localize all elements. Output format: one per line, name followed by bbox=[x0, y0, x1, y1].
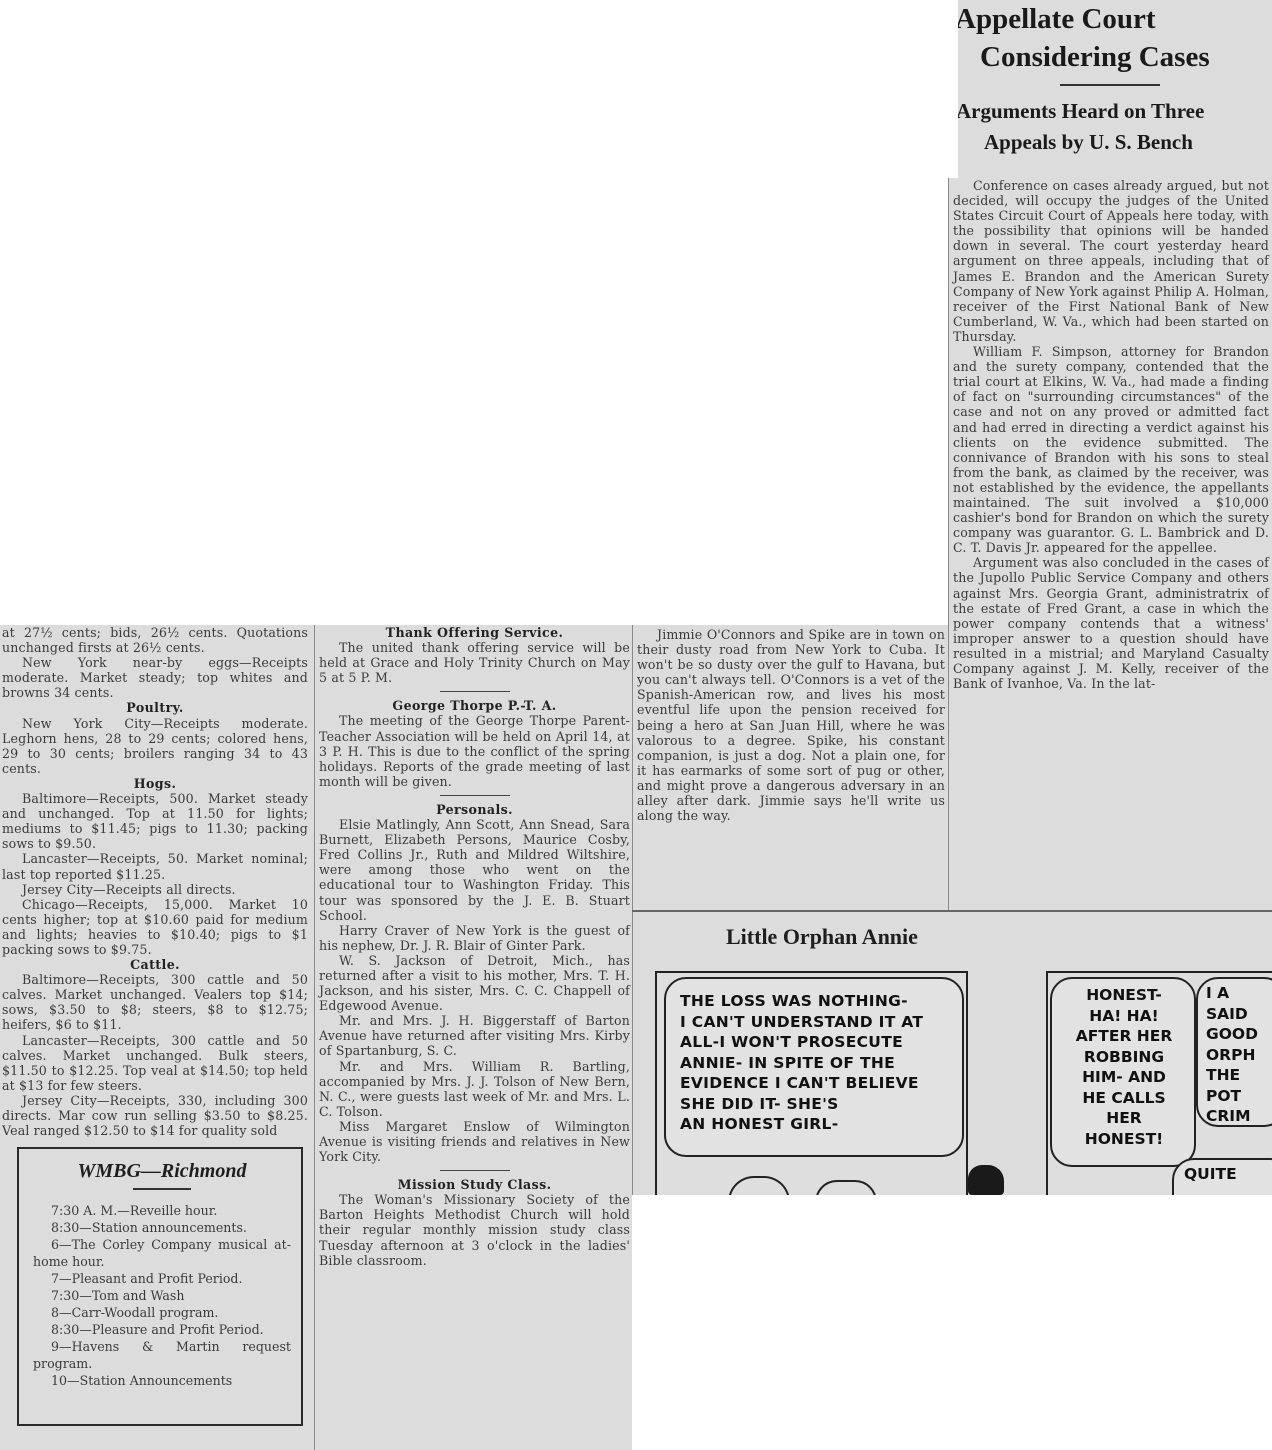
radio-divider bbox=[133, 1188, 191, 1190]
market-paragraph: Baltimore—Receipts, 300 cattle and 50 ca… bbox=[2, 972, 308, 1032]
radio-program-item: 7—Pleasant and Profit Period. bbox=[33, 1270, 291, 1287]
section-heading-cattle: Cattle. bbox=[2, 957, 308, 972]
court-subheadline: Arguments Heard on Three Appeals by U. S… bbox=[958, 96, 1272, 158]
section-heading-hogs: Hogs. bbox=[2, 776, 308, 791]
radio-schedule-box: WMBG—Richmond 7:30 A. M.—Reveille hour. … bbox=[17, 1147, 303, 1426]
column-rule bbox=[314, 625, 315, 1450]
society-paragraph: Miss Margaret Enslow of Wilmington Avenu… bbox=[319, 1119, 630, 1164]
radio-program-item: 9—Havens & Martin request program. bbox=[33, 1338, 291, 1372]
market-paragraph: New York City—Receipts moderate. Leghorn… bbox=[2, 716, 308, 776]
radio-program-item: 8:30—Station announcements. bbox=[33, 1219, 291, 1236]
market-paragraph: Lancaster—Receipts, 50. Market nominal; … bbox=[2, 851, 308, 881]
article-paragraph: Conference on cases already argued, but … bbox=[953, 178, 1269, 344]
society-paragraph: W. S. Jackson of Detroit, Mich., has ret… bbox=[319, 953, 630, 1013]
society-paragraph: The Woman's Missionary Society of the Ba… bbox=[319, 1192, 630, 1267]
section-divider bbox=[440, 795, 510, 796]
court-headline: Appellate Court Considering Cases bbox=[958, 0, 1272, 76]
radio-program-item: 8—Carr-Woodall program. bbox=[33, 1304, 291, 1321]
society-paragraph: The meeting of the George Thorpe Parent-… bbox=[319, 713, 630, 788]
section-heading-poultry: Poultry. bbox=[2, 700, 308, 715]
character-hat-icon bbox=[968, 1165, 1004, 1195]
travel-paragraph: Jimmie O'Connors and Spike are in town o… bbox=[637, 627, 945, 823]
column-rule bbox=[948, 178, 949, 910]
society-news-column: Thank Offering Service. The united thank… bbox=[319, 625, 630, 1268]
speech-bubble: The loss was nothing- I can't understand… bbox=[664, 977, 964, 1157]
society-paragraph: Harry Craver of New York is the guest of… bbox=[319, 923, 630, 953]
blank-area bbox=[632, 1195, 1272, 1450]
society-paragraph: Mr. and Mrs. William R. Bartling, accomp… bbox=[319, 1059, 630, 1119]
article-paragraph: Argument was also concluded in the cases… bbox=[953, 555, 1269, 691]
radio-program-item: 10—Station Announcements bbox=[33, 1372, 291, 1389]
headline-divider bbox=[1060, 84, 1160, 86]
market-paragraph: New York near-by eggs—Receipts moderate.… bbox=[2, 655, 308, 700]
speech-bubble: Honest- Ha! Ha! After her robbing him- a… bbox=[1050, 977, 1196, 1167]
court-article-body: Conference on cases already argued, but … bbox=[953, 178, 1269, 691]
article-paragraph: William F. Simpson, attorney for Brandon… bbox=[953, 344, 1269, 555]
radio-program-item: 8:30—Pleasure and Profit Period. bbox=[33, 1321, 291, 1338]
comic-title: Little Orphan Annie bbox=[726, 924, 918, 950]
section-divider bbox=[440, 1170, 510, 1171]
comic-separator bbox=[632, 910, 1272, 912]
market-paragraph: Jersey City—Receipts all directs. bbox=[2, 882, 308, 897]
section-heading-mission-study: Mission Study Class. bbox=[319, 1177, 630, 1192]
society-paragraph: The united thank offering service will b… bbox=[319, 640, 630, 685]
radio-station-title: WMBG—Richmond bbox=[33, 1163, 291, 1180]
section-heading-personals: Personals. bbox=[319, 802, 630, 817]
market-paragraph: Jersey City—Receipts, 330, including 300… bbox=[2, 1093, 308, 1138]
radio-program-item: 7:30 A. M.—Reveille hour. bbox=[33, 1202, 291, 1219]
radio-program-item: 7:30—Tom and Wash bbox=[33, 1287, 291, 1304]
market-report-column: at 27½ cents; bids, 26½ cents. Quotation… bbox=[2, 625, 308, 1138]
section-heading-thank-offering: Thank Offering Service. bbox=[319, 625, 630, 640]
blank-area bbox=[948, 0, 958, 178]
travel-news-item: Jimmie O'Connors and Spike are in town o… bbox=[637, 627, 945, 823]
blank-area bbox=[0, 0, 948, 625]
newspaper-page: Appellate Court Considering Cases Argume… bbox=[0, 0, 1272, 1450]
section-heading-pta: George Thorpe P.-T. A. bbox=[319, 698, 630, 713]
society-paragraph: Mr. and Mrs. J. H. Biggerstaff of Barton… bbox=[319, 1013, 630, 1058]
market-paragraph: at 27½ cents; bids, 26½ cents. Quotation… bbox=[2, 625, 308, 655]
speech-bubble: I A Said Good Orph The Pot Crim bbox=[1196, 977, 1272, 1127]
court-headline-block: Appellate Court Considering Cases Argume… bbox=[958, 0, 1272, 158]
market-paragraph: Chicago—Receipts, 15,000. Market 10 cent… bbox=[2, 897, 308, 957]
market-paragraph: Baltimore—Receipts, 500. Market steady a… bbox=[2, 791, 308, 851]
section-divider bbox=[440, 691, 510, 692]
market-paragraph: Lancaster—Receipts, 300 cattle and 50 ca… bbox=[2, 1033, 308, 1093]
radio-program-item: 6—The Corley Company musical at-home hou… bbox=[33, 1236, 291, 1270]
society-paragraph: Elsie Matlingly, Ann Scott, Ann Snead, S… bbox=[319, 817, 630, 923]
